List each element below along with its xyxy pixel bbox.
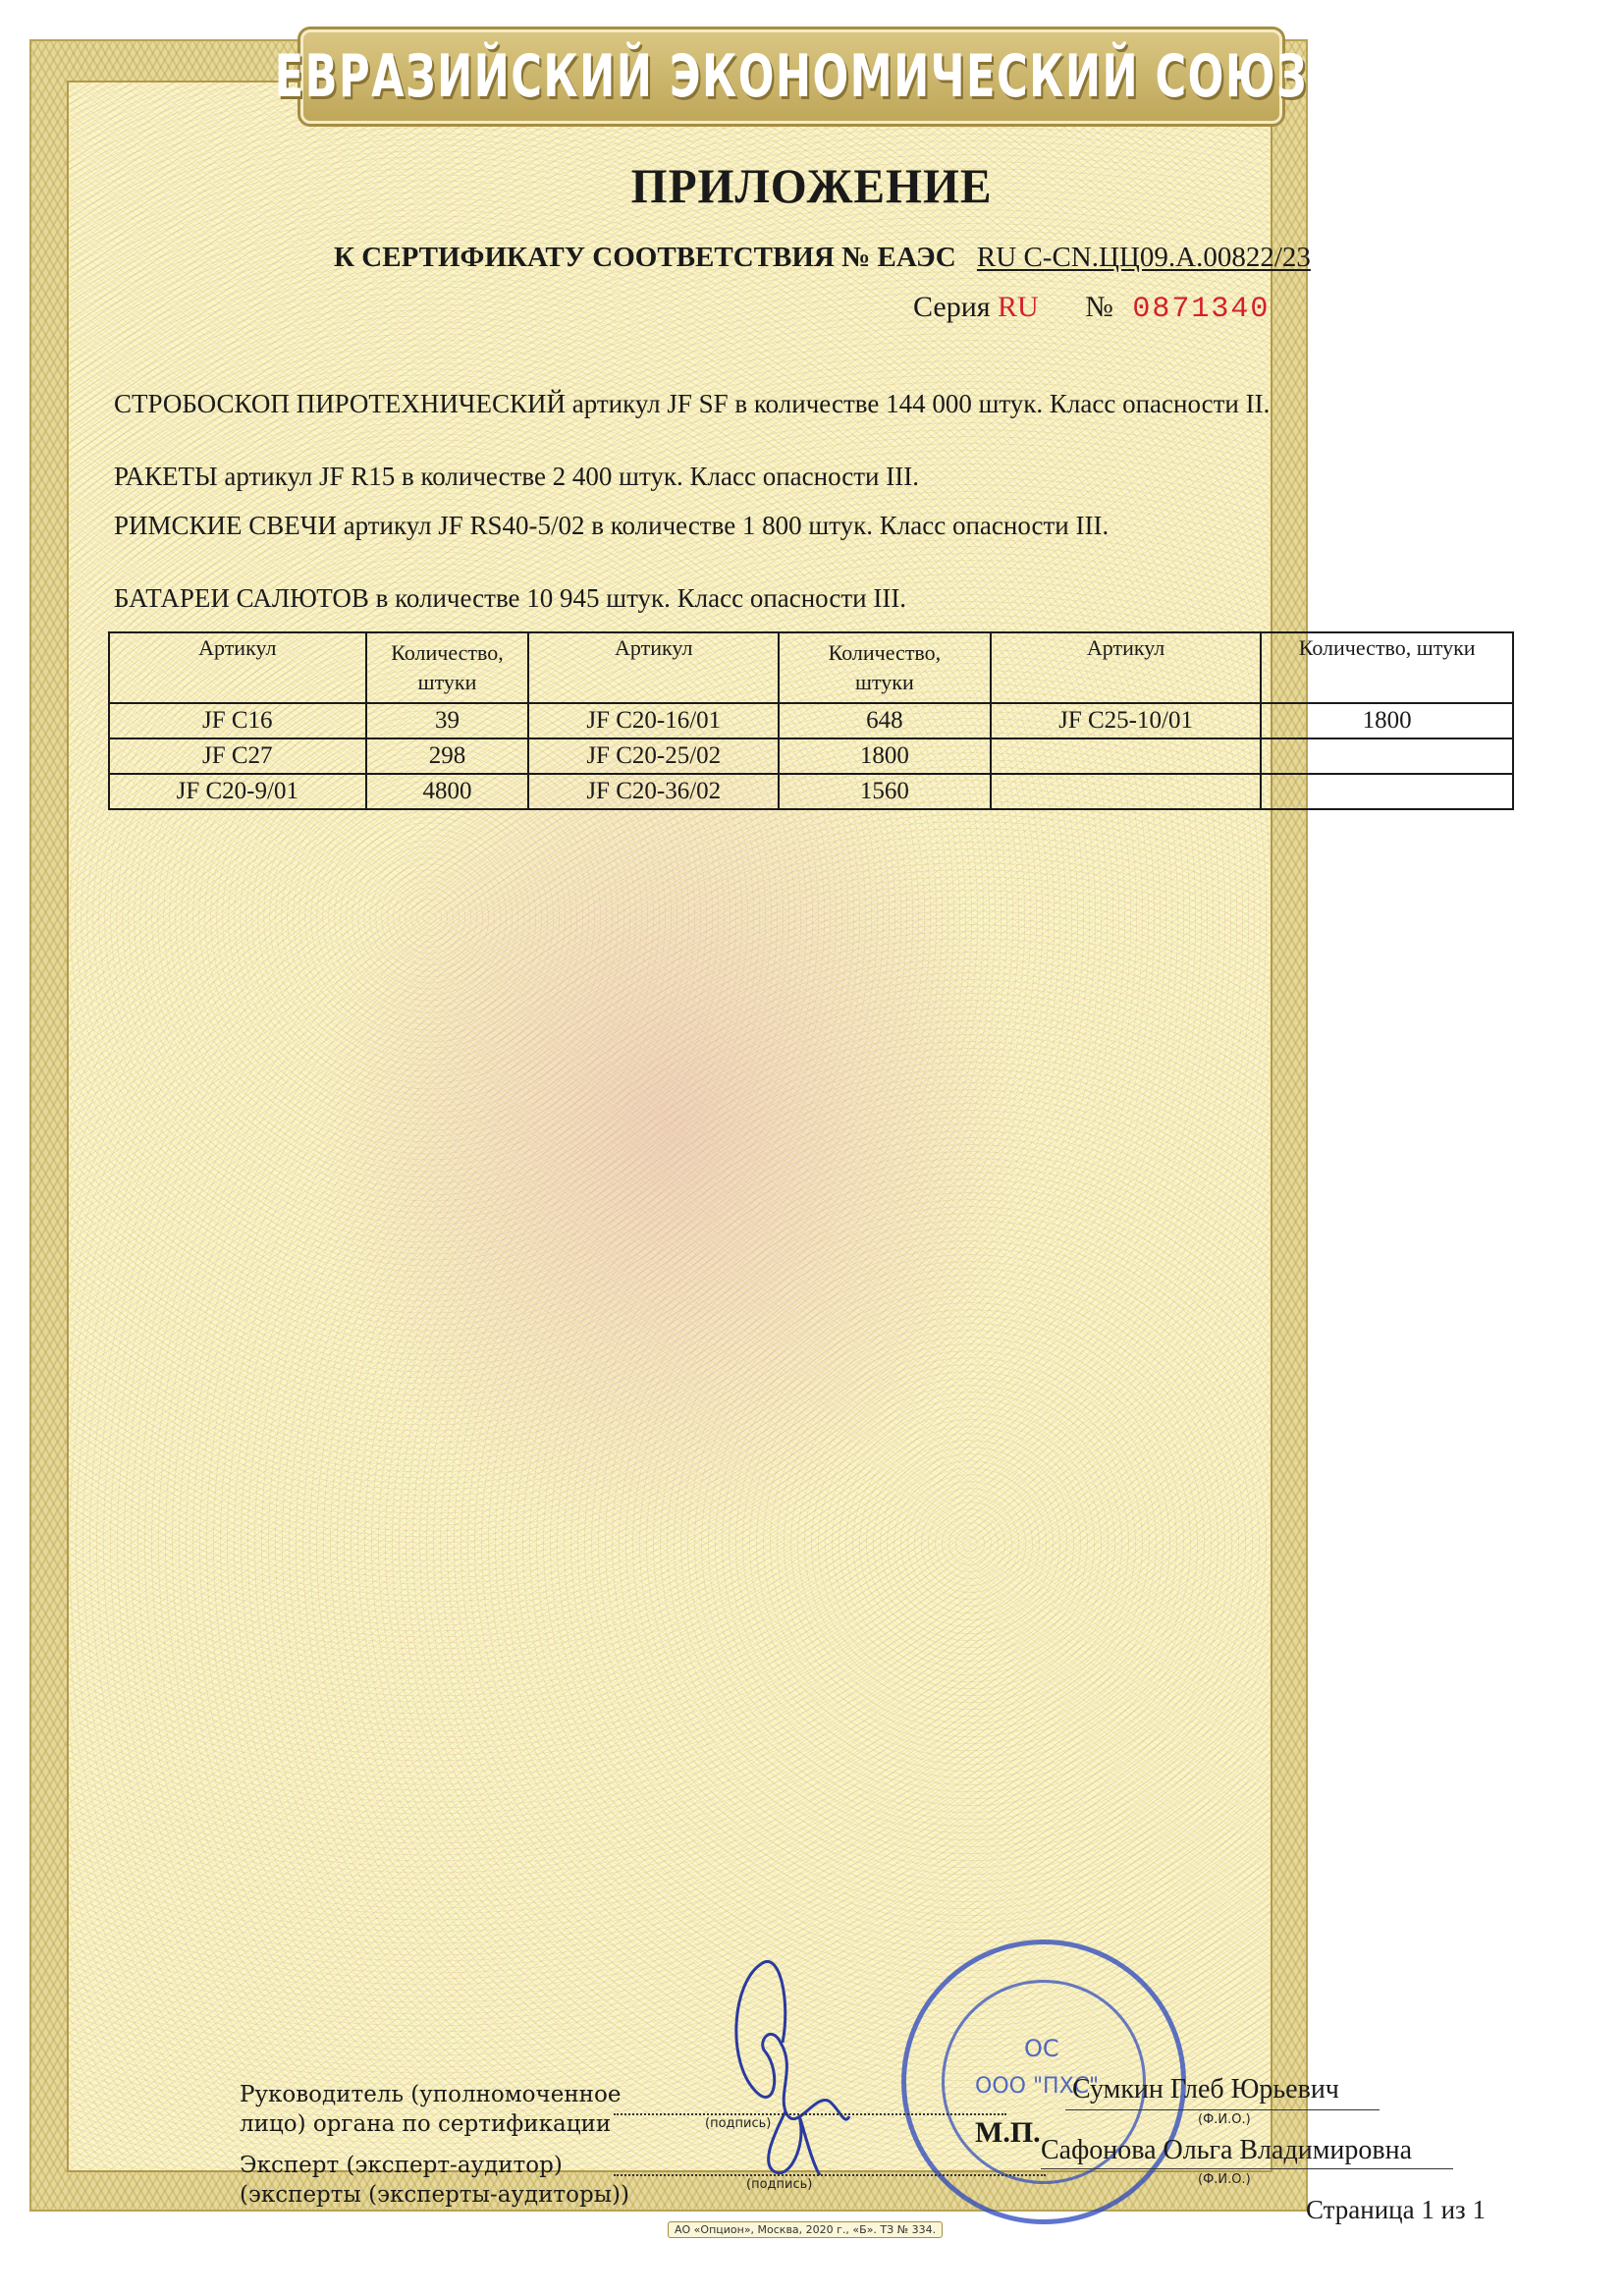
cell-quantity — [1261, 738, 1513, 774]
batteries-table: Артикул Количество,штуки Артикул Количес… — [108, 631, 1514, 810]
header-quantity-3: Количество, штуки — [1261, 632, 1513, 703]
expert-label-line-2: (эксперты (эксперты-аудиторы)) — [240, 2180, 629, 2210]
cell-quantity — [1261, 774, 1513, 809]
table-header-row: Артикул Количество,штуки Артикул Количес… — [109, 632, 1513, 703]
head-label-line-2: лицо) органа по сертификации — [240, 2109, 621, 2139]
expert-signature-line — [614, 2174, 1046, 2176]
product-line-roman-candles: РИМСКИЕ СВЕЧИ артикул JF RS40-5/02 в кол… — [114, 511, 1109, 541]
cell-quantity: 39 — [366, 703, 529, 738]
expert-fio-caption: (Ф.И.О.) — [1198, 2172, 1251, 2187]
cell-quantity: 298 — [366, 738, 529, 774]
head-of-cb-label: Руководитель (уполномоченное лицо) орган… — [240, 2080, 621, 2139]
expert-full-name: Сафонова Ольга Владимировна — [1041, 2135, 1412, 2166]
cell-quantity: 1800 — [1261, 703, 1513, 738]
eaeu-banner: ЕВРАЗИЙСКИЙ ЭКОНОМИЧЕСКИЙ СОЮЗ — [300, 29, 1282, 124]
expert-signature-caption: (подпись) — [746, 2177, 812, 2192]
expert-name-line — [1041, 2168, 1453, 2169]
header-quantity-1: Количество,штуки — [366, 632, 529, 703]
cell-article: JF C20-25/02 — [528, 738, 779, 774]
form-number-label: № — [1085, 291, 1113, 323]
cell-article: JF C20-36/02 — [528, 774, 779, 809]
cell-quantity: 648 — [779, 703, 991, 738]
series-code: RU — [998, 291, 1039, 323]
cell-article — [991, 774, 1262, 809]
seal-place-label: М.П. — [975, 2116, 1041, 2150]
expert-label-line-1: Эксперт (эксперт-аудитор) — [240, 2151, 629, 2180]
cell-article: JF C20-9/01 — [109, 774, 366, 809]
cell-article: JF C27 — [109, 738, 366, 774]
certificate-number: RU C-CN.ЦЦ09.А.00822/23 — [977, 242, 1311, 273]
cell-quantity: 1800 — [779, 738, 991, 774]
header-article-3: Артикул — [991, 632, 1262, 703]
product-line-rockets: РАКЕТЫ артикул JF R15 в количестве 2 400… — [114, 462, 919, 492]
head-signature-line — [614, 2113, 1006, 2115]
cell-quantity: 1560 — [779, 774, 991, 809]
product-line-batteries: БАТАРЕИ САЛЮТОВ в количестве 10 945 штук… — [114, 583, 906, 614]
cell-article: JF C16 — [109, 703, 366, 738]
banner-text: ЕВРАЗИЙСКИЙ ЭКОНОМИЧЕСКИЙ СОЮЗ — [275, 42, 1308, 111]
table-row: JF C20-9/01 4800 JF C20-36/02 1560 — [109, 774, 1513, 809]
page-number: Страница 1 из 1 — [1306, 2195, 1486, 2225]
form-number: 0871340 — [1132, 293, 1270, 326]
cell-article: JF C25-10/01 — [991, 703, 1262, 738]
head-name-line — [1065, 2109, 1380, 2110]
form-series: Серия RU № 0871340 — [913, 291, 1270, 326]
head-fio-caption: (Ф.И.О.) — [1198, 2112, 1251, 2127]
head-label-line-1: Руководитель (уполномоченное — [240, 2080, 621, 2109]
cell-article: JF C20-16/01 — [528, 703, 779, 738]
header-quantity-2: Количество,штуки — [779, 632, 991, 703]
certificate-label: К СЕРТИФИКАТУ СООТВЕТСТВИЯ № ЕАЭС — [334, 242, 956, 273]
certificate-reference: К СЕРТИФИКАТУ СООТВЕТСТВИЯ № ЕАЭС RU C-C… — [334, 242, 1311, 274]
seal-center-text-1: ОС — [1024, 2035, 1059, 2062]
header-article-1: Артикул — [109, 632, 366, 703]
printer-imprint: АО «Опцион», Москва, 2020 г., «Б». ТЗ № … — [668, 2221, 943, 2238]
head-full-name: Сумкин Глеб Юрьевич — [1072, 2074, 1339, 2105]
expert-label: Эксперт (эксперт-аудитор) (эксперты (экс… — [240, 2151, 629, 2210]
table-row: JF C27 298 JF C20-25/02 1800 — [109, 738, 1513, 774]
head-signature-caption: (подпись) — [705, 2116, 771, 2131]
cell-article — [991, 738, 1262, 774]
header-article-2: Артикул — [528, 632, 779, 703]
signature-scribble — [722, 1944, 889, 2180]
series-label: Серия — [913, 291, 991, 323]
table-row: JF C16 39 JF C20-16/01 648 JF C25-10/01 … — [109, 703, 1513, 738]
product-line-stroboscope: СТРОБОСКОП ПИРОТЕХНИЧЕСКИЙ артикул JF SF… — [114, 389, 1270, 419]
document-title: ПРИЛОЖЕНИЕ — [0, 157, 1624, 214]
cell-quantity: 4800 — [366, 774, 529, 809]
